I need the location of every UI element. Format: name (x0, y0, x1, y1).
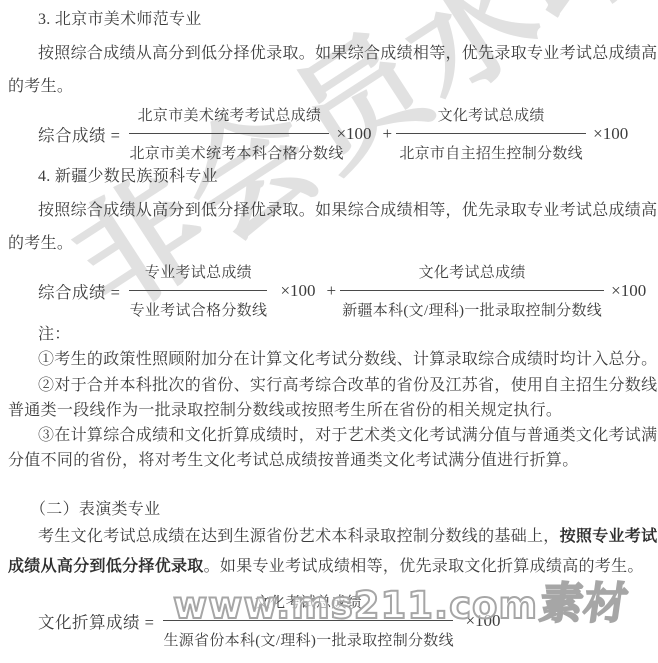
formula-comprehensive-score-beijing: 综合成绩 = 北京市美术统考考试总成绩 北京市美术统考本科合格分数线 ×100 … (38, 104, 635, 163)
heading-section-performance: （二）表演类专业 (30, 500, 160, 520)
formula-label: 文化折算成绩 = (38, 609, 154, 633)
fraction: 专业考试总成绩 专业考试合格分数线 (129, 261, 267, 320)
paragraph-bold-text: 成绩从高分到低分择优录取 (8, 558, 204, 575)
times-100: ×100 (593, 124, 628, 144)
section-3-paragraph-line-1: 按照综合成绩从高分到低分择优录取。如果综合成绩相等，优先录取专业考试总成绩高 (38, 44, 657, 64)
fraction-numerator: 文化考试总成绩 (340, 261, 604, 291)
fraction-denominator: 北京市自主招生控制分数线 (396, 142, 586, 163)
fraction-numerator: 北京市美术统考考试总成绩 (129, 104, 329, 134)
heading-section-3: 3. 北京市美术师范专业 (38, 10, 202, 30)
note-1: ①考生的政策性照顾附加分在计算文化考试分数线、计算录取综合成绩时均计入总分。 (38, 350, 657, 370)
heading-section-4: 4. 新疆少数民族预科专业 (38, 167, 218, 187)
times-100: ×100 (611, 281, 646, 301)
note-2-line-2: 普通类一段线作为一批录取控制分数线或按照考生所在省份的相关规定执行。 (8, 401, 562, 421)
performance-paragraph-line-2: 成绩从高分到低分择优录取。如果专业考试成绩相等，优先录取文化折算成绩高的考生。 (8, 557, 644, 577)
section-3-paragraph-line-2: 的考生。 (8, 77, 73, 97)
plus-sign: + (383, 124, 393, 144)
fraction-numerator: 文化考试总成绩 (396, 104, 586, 134)
note-3-line-2: 分值不同的省份，将对考生文化考试总成绩按普通类文化考试满分值进行折算。 (8, 451, 579, 471)
formula-comprehensive-score-xinjiang: 综合成绩 = 专业考试总成绩 专业考试合格分数线 ×100 + 文化考试总成绩 … (38, 261, 653, 320)
paragraph-text: 考生文化考试总成绩在达到生源省份艺术本科录取控制分数线的基础上， (38, 528, 560, 545)
fraction-denominator: 专业考试合格分数线 (129, 299, 267, 320)
note-3-line-1: ③在计算综合成绩和文化折算成绩时，对于艺术类文化考试满分值与普通类文化考试满 (38, 426, 657, 446)
site-watermark: www.ms211.com素材 (173, 583, 628, 627)
times-100: ×100 (280, 281, 315, 301)
fraction: 文化考试总成绩 新疆本科(文/理科)一批录取控制分数线 (340, 261, 604, 320)
section-4-paragraph-line-1: 按照综合成绩从高分到低分择优录取。如果综合成绩相等，优先录取专业考试总成绩高 (38, 201, 657, 221)
formula-label: 综合成绩 = (38, 279, 120, 303)
fraction-denominator: 北京市美术统考本科合格分数线 (129, 142, 329, 163)
fraction-denominator: 生源省份本科(文/理科)一批录取控制分数线 (163, 629, 453, 650)
times-100: ×100 (336, 124, 371, 144)
plus-sign: + (327, 281, 337, 301)
fraction: 文化考试总成绩 北京市自主招生控制分数线 (396, 104, 586, 163)
fraction: 北京市美术统考考试总成绩 北京市美术统考本科合格分数线 (129, 104, 329, 163)
formula-label: 综合成绩 = (38, 122, 120, 146)
note-2-line-1: ②对于合并本科批次的省份、实行高考综合改革的省份及江苏省，使用自主招生分数线、 (38, 376, 658, 396)
site-watermark-suffix: 素材 (537, 583, 631, 625)
notes-label: 注： (38, 325, 71, 345)
performance-paragraph-line-1: 考生文化考试总成绩在达到生源省份艺术本科录取控制分数线的基础上，按照专业考试 (38, 527, 657, 547)
site-watermark-url: www.ms211.com (173, 584, 538, 627)
section-4-paragraph-line-2: 的考生。 (8, 234, 73, 254)
paragraph-bold-text: 按照专业考试 (560, 528, 658, 545)
fraction-denominator: 新疆本科(文/理科)一批录取控制分数线 (340, 299, 604, 320)
document-page: 非会员水印 3. 北京市美术师范专业 按照综合成绩从高分到低分择优录取。如果综合… (0, 0, 658, 663)
paragraph-text: 。如果专业考试成绩相等，优先录取文化折算成绩高的考生。 (204, 558, 644, 575)
fraction-numerator: 专业考试总成绩 (129, 261, 267, 291)
